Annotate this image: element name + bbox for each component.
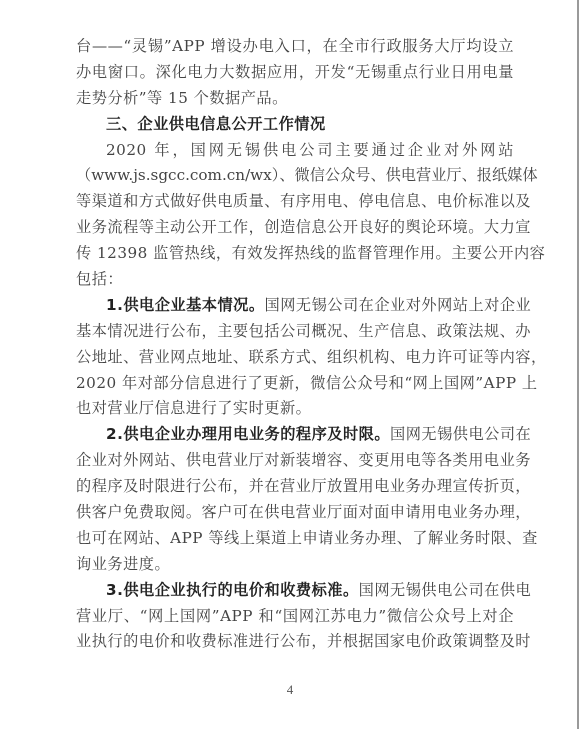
item-text: 国网无锡供电公司在 — [390, 425, 531, 443]
page-content: 台——“灵锡”APP 增设办电入口，在全市行政服务大厅均设立 办电窗口。深化电力… — [76, 34, 514, 655]
text-line: 也可在网站、APP 等线上渠道上申请业务办理、了解业务时限、查 — [76, 526, 514, 552]
text-line: 业务流程等主动公开工作，创造信息公开良好的舆论环境。大力宣 — [76, 215, 514, 241]
list-item-3: 3.供电企业执行的电价和收费标准。国网无锡供电公司在供电 营业厅、“网上国网”A… — [76, 578, 514, 656]
text-line: 营业厅、“网上国网”APP 和“国网江苏电力”微信公众号上对企 — [76, 604, 514, 630]
text-line: 等渠道和方式做好供电质量、有序用电、停电信息、电价标准以及 — [76, 189, 514, 215]
text-line: 传 12398 监管热线，有效发挥热线的监督管理作用。主要公开内容 — [76, 241, 514, 267]
item-title: 1.供电企业基本情况。 — [106, 296, 265, 314]
section-heading: 三、企业供电信息公开工作情况 — [76, 112, 514, 138]
text-line: 的程序及时限进行公布，并在营业厅放置用电业务办理宣传折页， — [76, 474, 514, 500]
paragraph-intro: 2020 年，国网无锡供电公司主要通过企业对外网站 （www.js.sgcc.c… — [76, 138, 514, 293]
text-line: 供客户免费取阅。客户可在供电营业厅面对面申请用电业务办理， — [76, 500, 514, 526]
text-line: 包括： — [76, 267, 514, 293]
item-text: 国网无锡供电公司在供电 — [359, 581, 532, 599]
paragraph-continued: 台——“灵锡”APP 增设办电入口，在全市行政服务大厅均设立 办电窗口。深化电力… — [76, 34, 514, 112]
text-line: 也对营业厅信息进行了实时更新。 — [76, 396, 514, 422]
text-line: 2020 年对部分信息进行了更新，微信公众号和“网上国网”APP 上 — [76, 371, 514, 397]
list-item-1: 1.供电企业基本情况。国网无锡公司在企业对外网站上对企业 基本情况进行公布，主要… — [76, 293, 514, 422]
text-line: 办电窗口。深化电力大数据应用，开发“无锡重点行业日用电量 — [76, 60, 514, 86]
item-title: 2.供电企业办理用电业务的程序及时限。 — [106, 425, 390, 443]
text-line: 基本情况进行公布，主要包括公司概况、生产信息、政策法规、办 — [76, 319, 514, 345]
list-item-2: 2.供电企业办理用电业务的程序及时限。国网无锡供电公司在 企业对外网站、供电营业… — [76, 422, 514, 577]
item-first-line: 3.供电企业执行的电价和收费标准。国网无锡供电公司在供电 — [76, 578, 514, 604]
item-text: 国网无锡公司在企业对外网站上对企业 — [265, 296, 532, 314]
page-edge-divider — [577, 0, 579, 729]
item-title: 3.供电企业执行的电价和收费标准。 — [106, 581, 359, 599]
text-line: 走势分析”等 15 个数据产品。 — [76, 86, 514, 112]
document-page: 台——“灵锡”APP 增设办电入口，在全市行政服务大厅均设立 办电窗口。深化电力… — [0, 0, 580, 729]
item-first-line: 1.供电企业基本情况。国网无锡公司在企业对外网站上对企业 — [76, 293, 514, 319]
text-line: 企业对外网站、供电营业厅对新装增容、变更用电等各类用电业务 — [76, 448, 514, 474]
text-line: 业执行的电价和收费标准进行公布，并根据国家电价政策调整及时 — [76, 629, 514, 655]
text-line: 询业务进度。 — [76, 552, 514, 578]
text-line: 台——“灵锡”APP 增设办电入口，在全市行政服务大厅均设立 — [76, 34, 514, 60]
page-number: 4 — [280, 682, 300, 698]
text-line: 公地址、营业网点地址、联系方式、组织机构、电力许可证等内容， — [76, 345, 514, 371]
text-line: （www.js.sgcc.com.cn/wx）、微信公众号、供电营业厅、报纸媒体 — [76, 163, 514, 189]
item-first-line: 2.供电企业办理用电业务的程序及时限。国网无锡供电公司在 — [76, 422, 514, 448]
text-line: 2020 年，国网无锡供电公司主要通过企业对外网站 — [76, 138, 514, 164]
